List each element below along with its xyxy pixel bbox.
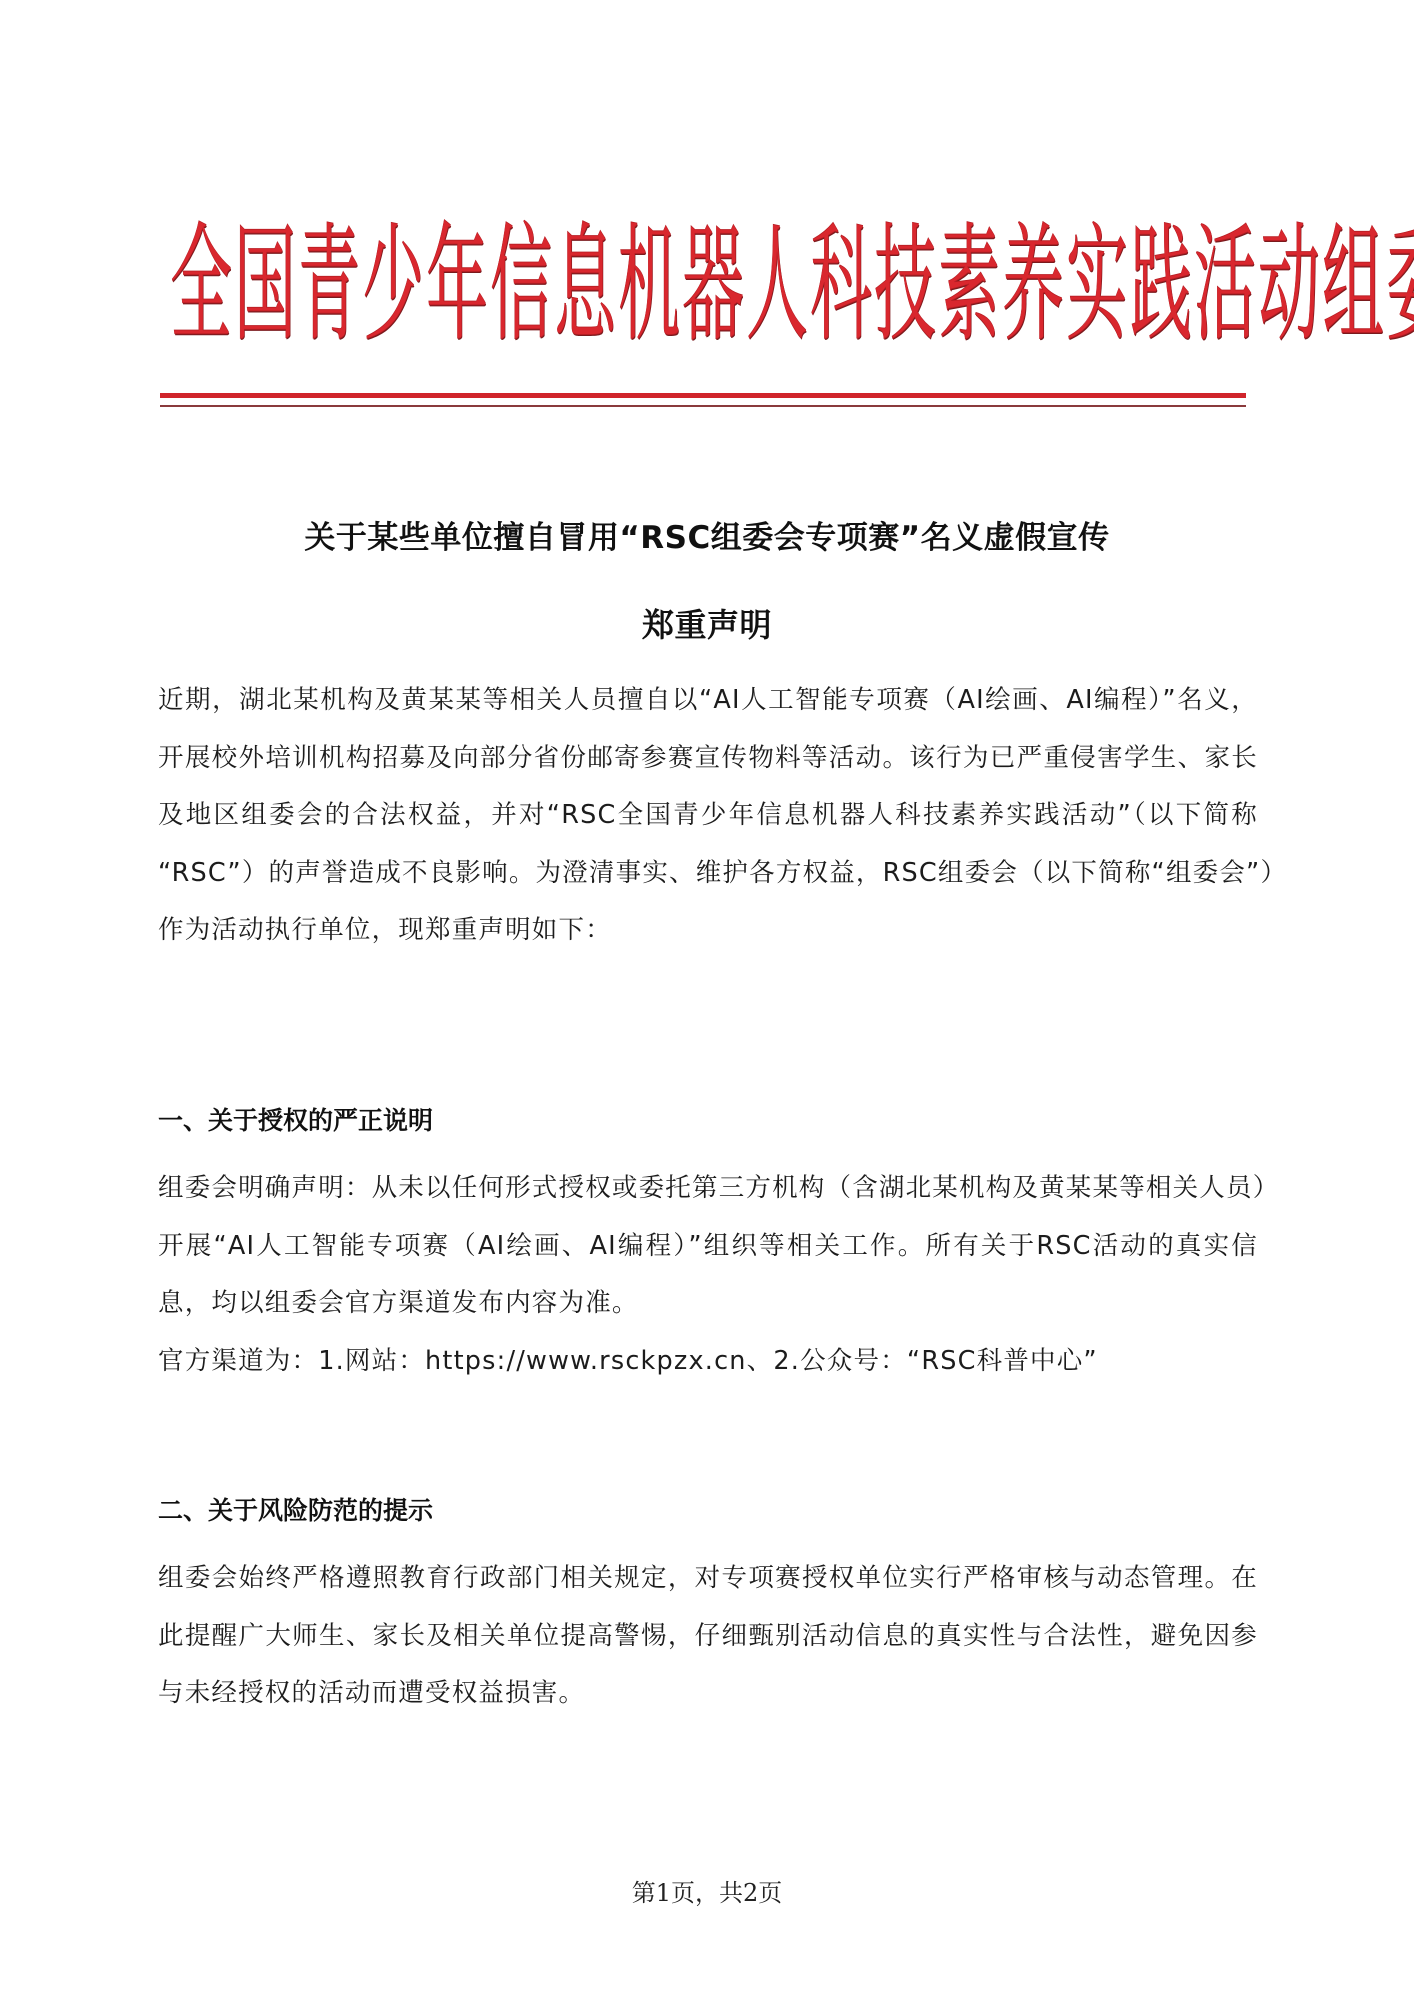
document-subtitle: 郑重声明 [0,600,1414,646]
intro-paragraph: 近期，湖北某机构及黄某某等相关人员擅自以“AI人工智能专项赛（AI绘画、AI编程… [158,672,1258,960]
official-channels-paragraph: 官方渠道为：1.网站：https://www.rsckpzx.cn、2.公众号：… [158,1333,1258,1391]
text-line: 与未经授权的活动而遭受权益损害。 [158,1665,1258,1723]
letterhead: 全国青少年信息机器人科技素养实践活动组委会 [170,222,1245,382]
document-title: 关于某些单位擅自冒用“RSC组委会专项赛”名义虚假宣传 [0,512,1414,557]
organization-name: 全国青少年信息机器人科技素养实践活动组委会 [170,222,1414,349]
text-line: 息，均以组委会官方渠道发布内容为准。 [158,1275,1258,1333]
document-page: 全国青少年信息机器人科技素养实践活动组委会 关于某些单位擅自冒用“RSC组委会专… [0,0,1414,2000]
text-line: 开展校外培训机构招募及向部分省份邮寄参赛宣传物料等活动。该行为已严重侵害学生、家… [158,730,1258,788]
section-heading-authorization: 一、关于授权的严正说明 [158,1101,433,1137]
letterhead-rule-thin [160,405,1246,407]
text-line: 此提醒广大师生、家长及相关单位提高警惕，仔细甄别活动信息的真实性与合法性，避免因… [158,1608,1258,1666]
risk-paragraph: 组委会始终严格遵照教育行政部门相关规定，对专项赛授权单位实行严格审核与动态管理。… [158,1550,1258,1723]
text-line: 开展“AI人工智能专项赛（AI绘画、AI编程）”组织等相关工作。所有关于RSC活… [158,1218,1258,1276]
text-line: 组委会始终严格遵照教育行政部门相关规定，对专项赛授权单位实行严格审核与动态管理。… [158,1550,1258,1608]
text-line: 及地区组委会的合法权益，并对“RSC全国青少年信息机器人科技素养实践活动”（以下… [158,787,1258,845]
letterhead-rule-thick [160,393,1246,398]
text-line: 组委会明确声明：从未以任何形式授权或委托第三方机构（含湖北某机构及黄某某等相关人… [158,1160,1258,1218]
text-line: 作为活动执行单位，现郑重声明如下： [158,902,1258,960]
text-line: “RSC”）的声誉造成不良影响。为澄清事实、维护各方权益，RSC组委会（以下简称… [158,845,1258,903]
official-channels-text: 官方渠道为：1.网站：https://www.rsckpzx.cn、2.公众号：… [158,1333,1258,1391]
section-heading-risk: 二、关于风险防范的提示 [158,1491,433,1527]
page-indicator: 第1页，共2页 [0,1873,1414,1908]
text-line: 近期，湖北某机构及黄某某等相关人员擅自以“AI人工智能专项赛（AI绘画、AI编程… [158,672,1258,730]
authorization-paragraph: 组委会明确声明：从未以任何形式授权或委托第三方机构（含湖北某机构及黄某某等相关人… [158,1160,1258,1333]
